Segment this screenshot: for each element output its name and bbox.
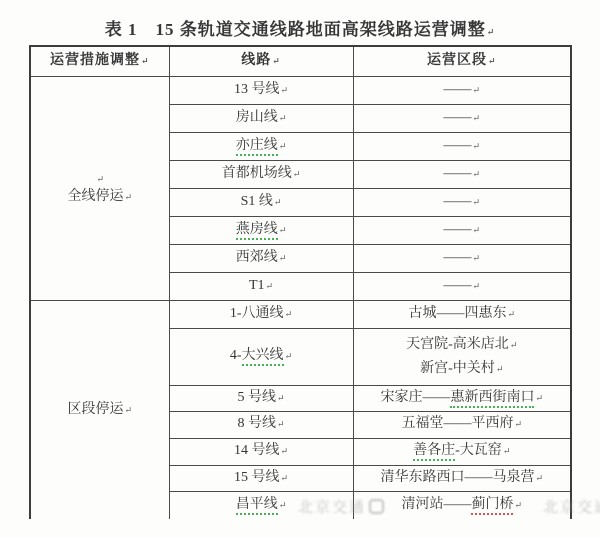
header-measure: 运营措施调整↵ <box>30 46 169 76</box>
paragraph-mark-icon: ↵ <box>96 174 104 184</box>
watermark-left: 北京交通 <box>298 496 384 517</box>
paragraph-mark-icon: ↵ <box>472 253 480 263</box>
header-section-label: 运营区段 <box>427 53 487 68</box>
measure-label: 区段停运 <box>67 402 123 417</box>
measure-cell-section-suspension: 区段停运↵ <box>30 300 169 519</box>
line-name: 燕房线 <box>236 222 278 240</box>
paragraph-mark-icon: ↵ <box>280 85 288 95</box>
watermark-right: 北京交通 <box>543 496 600 517</box>
line-name: S1 线 <box>241 194 273 209</box>
paragraph-mark-icon: ↵ <box>507 309 515 319</box>
header-section: 运营区段↵ <box>353 46 571 76</box>
paragraph-mark-icon: ↵ <box>472 169 480 179</box>
line-name: 4- <box>230 348 242 363</box>
paragraph-mark-icon: ↵ <box>124 192 132 202</box>
watermark-logo-icon <box>369 499 384 514</box>
table-title: 表 1 15 条轨道交通线路地面高架线路运营调整↵ <box>0 15 600 40</box>
section-cell: ——↵ <box>353 272 571 300</box>
section-cell: ——↵ <box>353 244 571 272</box>
paragraph-mark-icon: ↵ <box>472 281 480 291</box>
paragraph-mark-icon: ↵ <box>472 197 480 207</box>
section-value: 古城——四惠东 <box>408 306 506 321</box>
section-cell: ——↵ <box>353 160 571 188</box>
paragraph-mark-icon: ↵ <box>277 419 285 429</box>
line-cell: 首都机场线↵ <box>169 160 353 188</box>
line-name: 13 号线 <box>234 82 280 97</box>
line-name: 西郊线 <box>236 250 278 265</box>
section-value: 五福堂——平西府 <box>401 416 513 431</box>
line-cell: 15 号线↵ <box>169 465 353 491</box>
paragraph-mark-icon: ↵ <box>279 500 287 510</box>
paragraph-mark-icon: ↵ <box>472 85 480 95</box>
line-name: 5 号线 <box>237 390 276 405</box>
section-cell: ——↵ <box>353 188 571 216</box>
paragraph-mark-icon: ↵ <box>535 473 543 483</box>
document-page: 表 1 15 条轨道交通线路地面高架线路运营调整↵ 运营措施调整↵ 线路↵ 运营… <box>0 0 600 538</box>
line-cell: 燕房线↵ <box>169 216 353 244</box>
table-row: 区段停运↵ 1-八通线↵ 古城——四惠东↵ <box>30 300 571 328</box>
paragraph-mark-icon: ↵ <box>514 419 522 429</box>
section-cell: 善各庄-大瓦窑↵ <box>353 438 571 465</box>
line-name: 大兴线 <box>242 348 284 366</box>
paragraph-mark-icon: ↵ <box>274 197 282 207</box>
section-value: —— <box>443 194 471 209</box>
paragraph-mark-icon: ↵ <box>124 405 132 415</box>
section-value: 宋家庄—— <box>380 390 450 405</box>
measure-label: 全线停运 <box>67 189 123 204</box>
paragraph-mark-icon: ↵ <box>279 141 287 151</box>
paragraph-mark-icon: ↵ <box>279 225 287 235</box>
line-name: 房山线 <box>236 110 278 125</box>
paragraph-mark-icon: ↵ <box>266 281 274 291</box>
section-cell: 清河站——蓟门桥↵ <box>353 491 571 519</box>
section-cell: 清华东路西口——马泉营↵ <box>353 465 571 491</box>
line-name: 15 号线 <box>234 470 280 485</box>
section-cell: 古城——四惠东↵ <box>353 300 571 328</box>
section-cell: 天宫院-高米店北↵ 新宫-中关村↵ <box>353 328 571 385</box>
line-cell: 4-大兴线↵ <box>169 328 353 385</box>
header-measure-label: 运营措施调整 <box>50 53 140 68</box>
line-name: T1 <box>249 278 265 293</box>
paragraph-mark-icon: ↵ <box>472 113 480 123</box>
section-cell: ——↵ <box>353 216 571 244</box>
paragraph-mark-icon: ↵ <box>285 309 293 319</box>
paragraph-mark-icon: ↵ <box>293 169 301 179</box>
paragraph-mark-icon: ↵ <box>279 113 287 123</box>
section-value: 清华东路西口——马泉营 <box>380 470 534 485</box>
paragraph-mark-icon: ↵ <box>503 446 511 456</box>
paragraph-mark-icon: ↵ <box>285 351 293 361</box>
section-value: —— <box>443 82 471 97</box>
paragraph-mark-icon: ↵ <box>535 393 543 403</box>
table-row: ↵ 全线停运↵ 13 号线↵ ——↵ <box>30 76 571 104</box>
watermark-text: 北京交通 <box>298 496 366 517</box>
header-row: 运营措施调整↵ 线路↵ 运营区段↵ <box>30 46 571 76</box>
line-name: 14 号线 <box>234 443 280 458</box>
line-name: 亦庄线 <box>236 138 278 156</box>
watermark-text: 北京交通 <box>543 496 600 517</box>
section-value: 天宫院-高米店北 <box>406 337 509 352</box>
section-value: 善各庄 <box>413 443 455 461</box>
operations-table: 运营措施调整↵ 线路↵ 运营区段↵ ↵ 全线停运↵ 13 号线↵ ——↵ 房山线… <box>29 45 572 519</box>
paragraph-mark-icon: ↵ <box>280 446 288 456</box>
line-cell: 13 号线↵ <box>169 76 353 104</box>
section-value: —— <box>443 166 471 181</box>
measure-cell-full-suspension: ↵ 全线停运↵ <box>30 76 169 300</box>
line-cell: 西郊线↵ <box>169 244 353 272</box>
paragraph-mark-icon: ↵ <box>472 141 480 151</box>
section-cell: 五福堂——平西府↵ <box>353 411 571 438</box>
line-cell: 5 号线↵ <box>169 385 353 411</box>
paragraph-mark-icon: ↵ <box>272 56 281 66</box>
section-value: 清河站—— <box>401 497 471 512</box>
paragraph-mark-icon: ↵ <box>488 56 497 66</box>
section-value: 蓟门桥 <box>471 497 513 515</box>
section-cell: 宋家庄——惠新西街南口↵ <box>353 385 571 411</box>
line-name: 1-八通线 <box>230 306 284 321</box>
header-line: 线路↵ <box>169 46 353 76</box>
section-value: -大瓦窑 <box>455 443 502 458</box>
line-cell: 房山线↵ <box>169 104 353 132</box>
line-cell: S1 线↵ <box>169 188 353 216</box>
paragraph-mark-icon: ↵ <box>141 56 150 66</box>
line-cell: 14 号线↵ <box>169 438 353 465</box>
section-value: 惠新西街南口 <box>450 390 534 408</box>
line-cell: 1-八通线↵ <box>169 300 353 328</box>
section-value: —— <box>443 278 471 293</box>
paragraph-mark-icon: ↵ <box>510 340 518 350</box>
section-cell: ——↵ <box>353 76 571 104</box>
paragraph-mark-icon: ↵ <box>472 225 480 235</box>
section-cell: ——↵ <box>353 104 571 132</box>
section-value: —— <box>443 110 471 125</box>
section-value: —— <box>443 222 471 237</box>
line-name: 首都机场线 <box>222 166 292 181</box>
line-name: 8 号线 <box>237 416 276 431</box>
paragraph-mark-icon: ↵ <box>496 364 504 374</box>
paragraph-mark-icon: ↵ <box>279 253 287 263</box>
table-title-text: 表 1 15 条轨道交通线路地面高架线路运营调整 <box>105 20 486 39</box>
line-cell: 8 号线↵ <box>169 411 353 438</box>
line-cell: T1↵ <box>169 272 353 300</box>
section-cell: ——↵ <box>353 132 571 160</box>
paragraph-mark-icon: ↵ <box>514 500 522 510</box>
paragraph-mark-icon: ↵ <box>280 473 288 483</box>
paragraph-mark-icon: ↵ <box>487 27 496 37</box>
header-line-label: 线路 <box>241 53 271 68</box>
section-value: —— <box>443 138 471 153</box>
section-value: 新宫-中关村 <box>420 361 495 376</box>
line-cell: 亦庄线↵ <box>169 132 353 160</box>
section-value: —— <box>443 250 471 265</box>
paragraph-mark-icon: ↵ <box>277 393 285 403</box>
line-name: 昌平线 <box>236 497 278 515</box>
